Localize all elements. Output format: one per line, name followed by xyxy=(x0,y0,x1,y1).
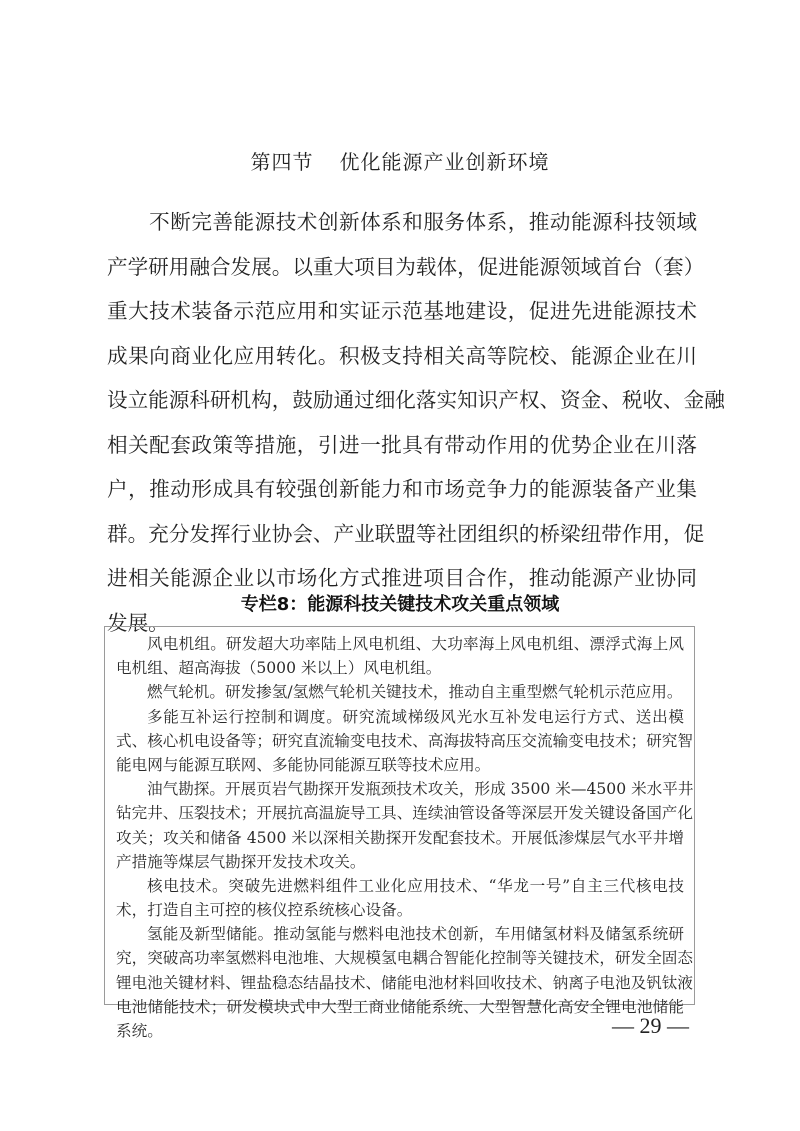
box-line: 系统。 xyxy=(116,1019,684,1043)
box-item-nuclear-power: 核电技术。突破先进燃料组件工业化应用技术、“华龙一号”自主三代核电技 术，打造自… xyxy=(116,874,684,922)
box-item-wind-turbines: 风电机组。研发超大功率陆上风电机组、大功率海上风电机组、漂浮式海上风 电机组、超… xyxy=(116,632,684,680)
box-item-multi-energy-control: 多能互补运行控制和调度。研究流域梯级风光水互补发电运行方式、送出模 式、核心机电… xyxy=(116,705,684,778)
box-line: 核电技术。突破先进燃料组件工业化应用技术、“华龙一号”自主三代核电技 xyxy=(116,874,684,898)
box-line: 油气勘探。开展页岩气勘探开发瓶颈技术攻关，形成 3500 米—4500 米水平井 xyxy=(116,777,684,801)
box-line: 电池储能技术；研发模块式中大型工商业储能系统、大型智慧化高安全锂电池储能 xyxy=(116,995,684,1019)
box-line: 燃气轮机。研发掺氢/氢燃气轮机关键技术，推动自主重型燃气轮机示范应用。 xyxy=(116,680,684,704)
body-line: 相关配套政策等措施，引进一批具有带动作用的优势企业在川落 xyxy=(107,423,697,468)
body-line: 重大技术装备示范应用和实证示范基地建设，促进先进能源技术 xyxy=(107,289,697,334)
body-paragraph: 不断完善能源技术创新体系和服务体系，推动能源科技领域 产学研用融合发展。以重大项… xyxy=(107,200,697,645)
body-line: 设立能源科研机构，鼓励通过细化落实知识产权、资金、税收、金融 xyxy=(107,378,697,423)
box-line: 钻完井、压裂技术；开展抗高温旋导工具、连续油管设备等深层开发关键设备国产化 xyxy=(116,801,684,825)
box-item-gas-turbines: 燃气轮机。研发掺氢/氢燃气轮机关键技术，推动自主重型燃气轮机示范应用。 xyxy=(116,680,684,704)
box-line: 式、核心机电设备等；研究直流输变电技术、高海拔特高压交流输变电技术；研究智 xyxy=(116,729,684,753)
box-line: 究，突破高功率氢燃料电池堆、大规模氢电耦合智能化控制等关键技术，研发全固态 xyxy=(116,946,684,970)
body-line: 不断完善能源技术创新体系和服务体系，推动能源科技领域 xyxy=(107,200,697,245)
box-line: 氢能及新型储能。推动氢能与燃料电池技术创新，车用储氢材料及储氢系统研 xyxy=(116,922,684,946)
box-line: 产措施等煤层气勘探开发技术攻关。 xyxy=(116,850,684,874)
section-heading: 第四节优化能源产业创新环境 xyxy=(0,146,800,175)
box-item-oil-gas-exploration: 油气勘探。开展页岩气勘探开发瓶颈技术攻关，形成 3500 米—4500 米水平井… xyxy=(116,777,684,874)
box-item-hydrogen-storage: 氢能及新型储能。推动氢能与燃料电池技术创新，车用储氢材料及储氢系统研 究，突破高… xyxy=(116,922,684,1043)
body-line: 群。充分发挥行业协会、产业联盟等社团组织的桥梁纽带作用，促 xyxy=(107,512,697,557)
box-line: 攻关；攻关和储备 4500 米以深相关勘探开发配套技术。开展低渗煤层气水平井增 xyxy=(116,826,684,850)
box-line: 电机组、超高海拔（5000 米以上）风电机组。 xyxy=(116,656,684,680)
box-line: 风电机组。研发超大功率陆上风电机组、大功率海上风电机组、漂浮式海上风 xyxy=(116,632,684,656)
body-line: 户，推动形成具有较强创新能力和市场竞争力的能源装备产业集 xyxy=(107,467,697,512)
box-line: 锂电池关键材料、锂盐稳态结晶技术、储能电池材料回收技术、钠离子电池及钒钛液 xyxy=(116,971,684,995)
box-line: 多能互补运行控制和调度。研究流域梯级风光水互补发电运行方式、送出模 xyxy=(116,705,684,729)
body-line: 成果向商业化应用转化。积极支持相关高等院校、能源企业在川 xyxy=(107,334,697,379)
body-line: 产学研用融合发展。以重大项目为载体，促进能源领域首台（套） xyxy=(107,245,697,290)
column-box: 风电机组。研发超大功率陆上风电机组、大功率海上风电机组、漂浮式海上风 电机组、超… xyxy=(104,626,695,1005)
box-line: 能电网与能源互联网、多能协同能源互联等技术应用。 xyxy=(116,753,684,777)
section-title: 优化能源产业创新环境 xyxy=(340,150,550,174)
section-number: 第四节 xyxy=(251,150,314,174)
box-line: 术，打造自主可控的核仪控系统核心设备。 xyxy=(116,898,684,922)
column-box-title: 专栏8：能源科技关键技术攻关重点领域 xyxy=(0,590,800,616)
page-number: — 29 — xyxy=(612,1013,689,1039)
